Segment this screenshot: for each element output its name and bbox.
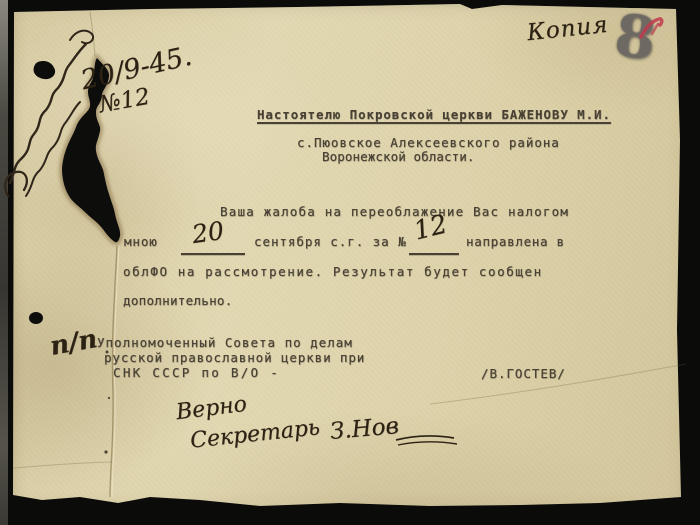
recipient-line3: Воронежской области.: [322, 151, 475, 164]
recipient-line2: с.Пюовское Алексеевского района: [297, 137, 560, 150]
body-line2-suffix: направлена в: [466, 236, 565, 249]
page-number-pencil: 8: [612, 6, 659, 68]
handwritten-date-fill: 20: [190, 218, 225, 247]
signer-name: /В.ГОСТЕВ/: [481, 368, 566, 381]
secretary-signature: З.Нов: [329, 415, 400, 444]
scanned-document-page: 20/9-45. №12 Копия 8 Настоятелю Покровск…: [0, 0, 700, 525]
signer-title-line3: СНК СССР по В/О -: [113, 367, 280, 380]
handwritten-number-fill: 12: [411, 211, 449, 244]
recipient-line1: Настоятелю Покровской церкви БАЖЕНОВУ М.…: [257, 109, 611, 122]
body-line2-prefix: мною: [124, 236, 158, 249]
body-line1: Ваша жалоба на переоблажение Вас налогом: [220, 206, 569, 219]
pp-mark: п/п: [48, 326, 99, 360]
scanner-edge-strip: [0, 0, 8, 525]
body-line4: дополнительно.: [123, 295, 233, 308]
signer-title-line1: Уполномоченный Совета по делам: [97, 337, 353, 350]
body-line2-middle: сентября с.г. за №: [254, 236, 407, 249]
signer-title-line2: русской православной церкви при: [104, 352, 365, 365]
body-line3: облФО на рассмотрение. Результат будет с…: [123, 266, 543, 279]
